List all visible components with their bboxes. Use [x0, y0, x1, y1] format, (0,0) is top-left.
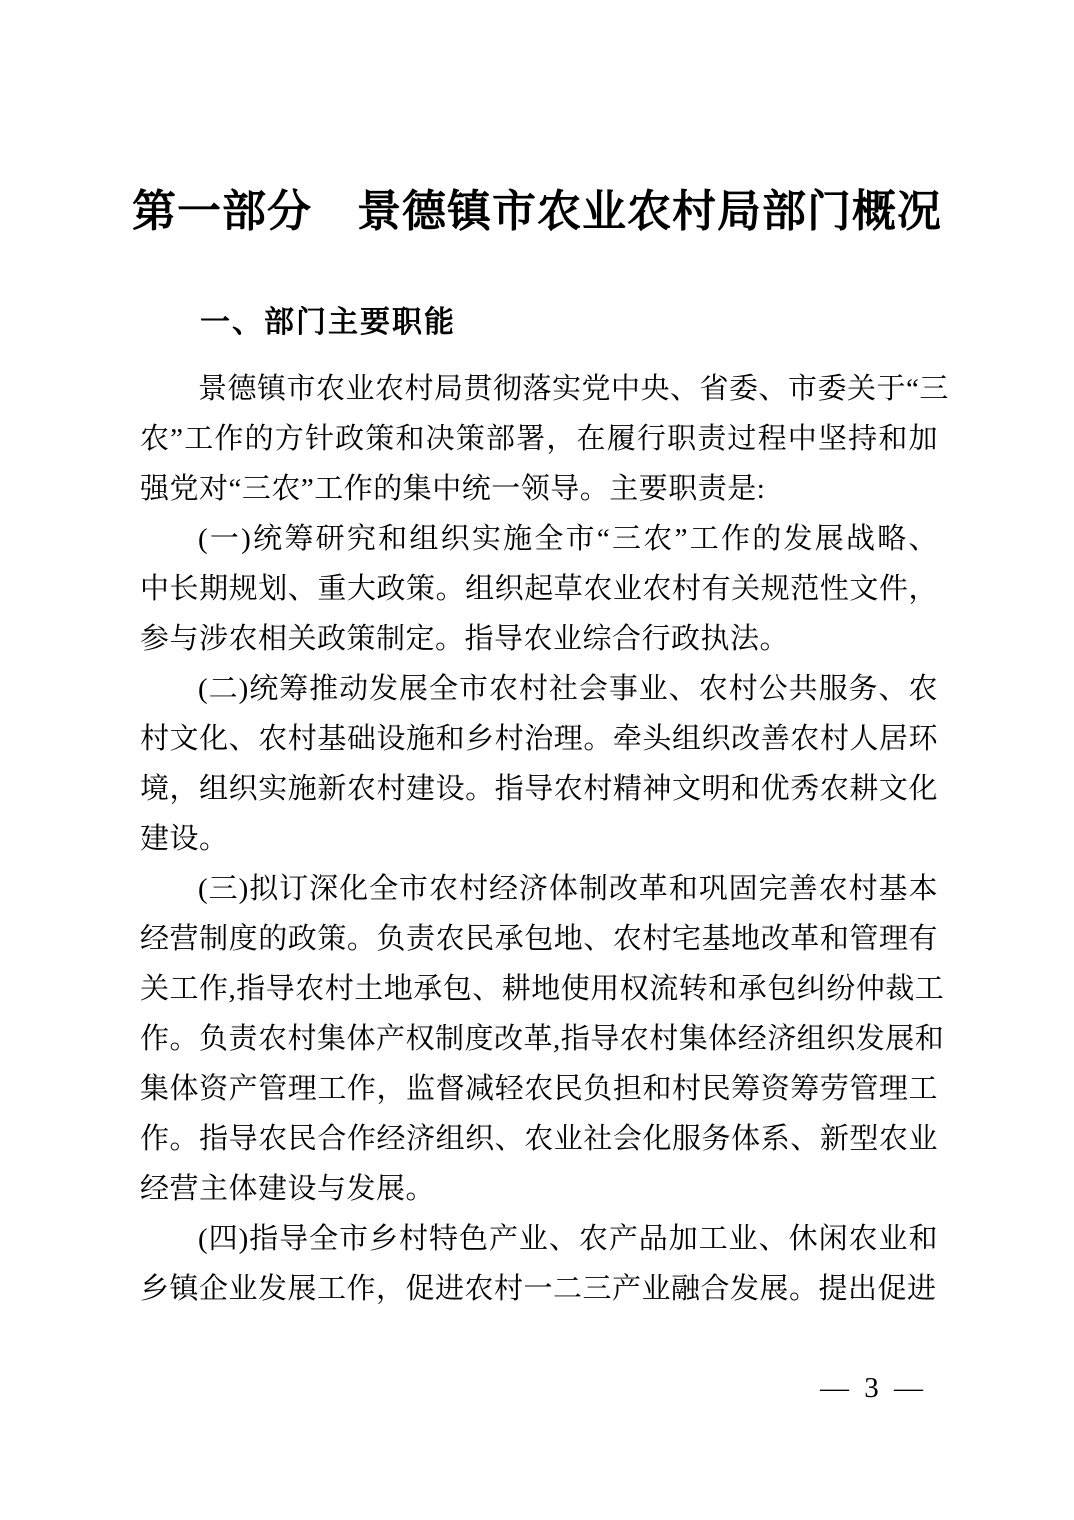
paragraph-line: 乡镇企业发展工作，促进农村一二三产业融合发展。提出促进	[140, 1264, 938, 1314]
paragraph-line: 作。指导农民合作经济组织、农业社会化服务体系、新型农业	[140, 1114, 938, 1164]
document-title: 第一部分 景德镇市农业农村局部门概况	[0, 184, 1074, 240]
section-heading: 一、部门主要职能	[200, 302, 456, 344]
paragraph-line: (三)拟订深化全市农村经济体制改革和巩固完善农村基本	[140, 864, 938, 914]
paragraph: (三)拟订深化全市农村经济体制改革和巩固完善农村基本经营制度的政策。负责农民承包…	[140, 864, 938, 1214]
paragraph-line: 村文化、农村基础设施和乡村治理。牵头组织改善农村人居环	[140, 714, 938, 764]
paragraph: (一)统筹研究和组织实施全市“三农”工作的发展战略、中长期规划、重大政策。组织起…	[140, 514, 938, 664]
paragraph: (二)统筹推动发展全市农村社会事业、农村公共服务、农村文化、农村基础设施和乡村治…	[140, 664, 938, 864]
document-page: 第一部分 景德镇市农业农村局部门概况 一、部门主要职能 景德镇市农业农村局贯彻落…	[0, 0, 1074, 1520]
paragraph-line: 强党对“三农”工作的集中统一领导。主要职责是:	[140, 464, 938, 514]
paragraph-line: 作。负责农村集体产权制度改革,指导农村集体经济组织发展和	[140, 1014, 938, 1064]
paragraph-line: 农”工作的方针政策和决策部署，在履行职责过程中坚持和加	[140, 414, 938, 464]
paragraph-line: 经营主体建设与发展。	[140, 1164, 938, 1214]
body-paragraphs: 景德镇市农业农村局贯彻落实党中央、省委、市委关于“三农”工作的方针政策和决策部署…	[140, 364, 938, 1314]
paragraph-line: 经营制度的政策。负责农民承包地、农村宅基地改革和管理有	[140, 914, 938, 964]
paragraph: (四)指导全市乡村特色产业、农产品加工业、休闲农业和乡镇企业发展工作，促进农村一…	[140, 1214, 938, 1314]
paragraph-line: (四)指导全市乡村特色产业、农产品加工业、休闲农业和	[140, 1214, 938, 1264]
paragraph-line: 景德镇市农业农村局贯彻落实党中央、省委、市委关于“三	[140, 364, 938, 414]
paragraph-line: 关工作,指导农村土地承包、耕地使用权流转和承包纠纷仲裁工	[140, 964, 938, 1014]
paragraph: 景德镇市农业农村局贯彻落实党中央、省委、市委关于“三农”工作的方针政策和决策部署…	[140, 364, 938, 514]
paragraph-line: (二)统筹推动发展全市农村社会事业、农村公共服务、农	[140, 664, 938, 714]
paragraph-line: 建设。	[140, 814, 938, 864]
paragraph-line: 集体资产管理工作，监督减轻农民负担和村民筹资筹劳管理工	[140, 1064, 938, 1114]
page-number: — 3 —	[820, 1370, 927, 1406]
paragraph-line: 境，组织实施新农村建设。指导农村精神文明和优秀农耕文化	[140, 764, 938, 814]
paragraph-line: 中长期规划、重大政策。组织起草农业农村有关规范性文件，	[140, 564, 938, 614]
paragraph-line: (一)统筹研究和组织实施全市“三农”工作的发展战略、	[140, 514, 938, 564]
paragraph-line: 参与涉农相关政策制定。指导农业综合行政执法。	[140, 614, 938, 664]
